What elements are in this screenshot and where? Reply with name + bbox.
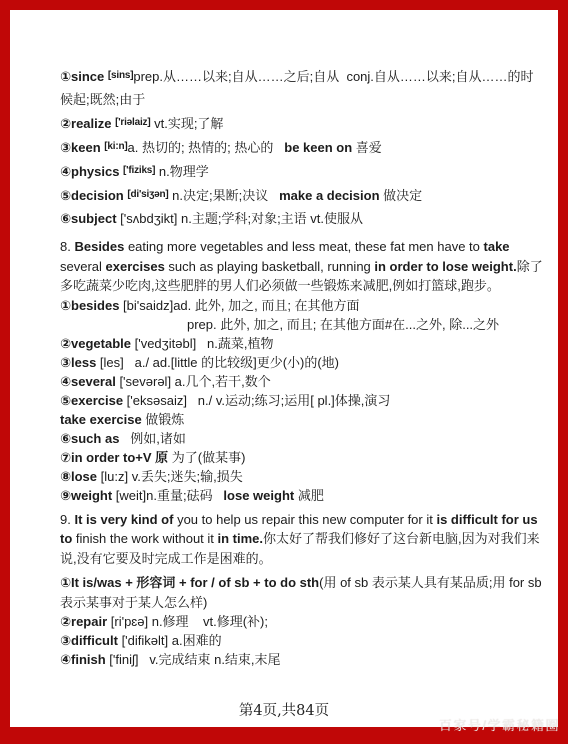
text-line: 8. Besides eating more vegetables and le… [60,237,546,296]
text-line: ②realize ['riəlaiz] vt.实现;了解 [60,111,546,135]
text-line: 9. It is very kind of you to help us rep… [60,510,546,569]
text-line: ①since [sins]prep.从……以来;自从……之后;自从 conj.自… [60,64,546,111]
text-line: take exercise 做锻炼 [60,410,546,429]
text-line: ④finish ['finiʃ] v.完成结束 n.结束,末尾 [60,650,546,669]
document-body: ①since [sins]prep.从……以来;自从……之后;自从 conj.自… [60,64,546,669]
text-line: prep. 此外, 加之, 而且; 在其他方面#在...之外, 除...之外 [60,315,546,334]
text-line: ③keen [ki:n]a. 热切的; 热情的; 热心的 be keen on … [60,135,546,159]
text-line: ①besides [bi'saidz]ad. 此外, 加之, 而且; 在其他方面 [60,296,546,315]
text-line: ③difficult ['difikəlt] a.困难的 [60,631,546,650]
text-line: ⑥such as 例如,诸如 [60,429,546,448]
text-line: ②vegetable ['vedʒitəbl] n.蔬菜,植物 [60,334,546,353]
document-page: ①since [sins]prep.从……以来;自从……之后;自从 conj.自… [0,0,568,744]
text-line: ⑦in order to+V 原 为了(做某事) [60,448,546,467]
text-line: ④several ['sevərəl] a.几个,若干,数个 [60,372,546,391]
text-line: ④physics ['fiziks] n.物理学 [60,159,546,183]
text-line: ⑥subject ['sʌbdʒikt] n.主题;学科;对象;主语 vt.使服… [60,207,546,230]
text-line: ①It is/was + 形容词 + for / of sb + to do s… [60,573,546,612]
text-line: ⑧lose [lu:z] v.丢失;迷失;输,损失 [60,467,546,486]
watermark-text: 百家号/学霸秘籍圈 [439,715,560,734]
text-line: ⑨weight [weit]n.重量;砝码 lose weight 减肥 [60,486,546,505]
text-line: ⑤exercise ['eksəsaiz] n./ v.运动;练习;运用[ pl… [60,391,546,410]
text-line: ③less [les] a./ ad.[little 的比较级]更少(小)的(地… [60,353,546,372]
text-line: ⑤decision [di'siʒən] n.决定;果断;决议 make a d… [60,183,546,207]
text-line: ②repair [ri'pɛə] n.修理 vt.修理(补); [60,612,546,631]
